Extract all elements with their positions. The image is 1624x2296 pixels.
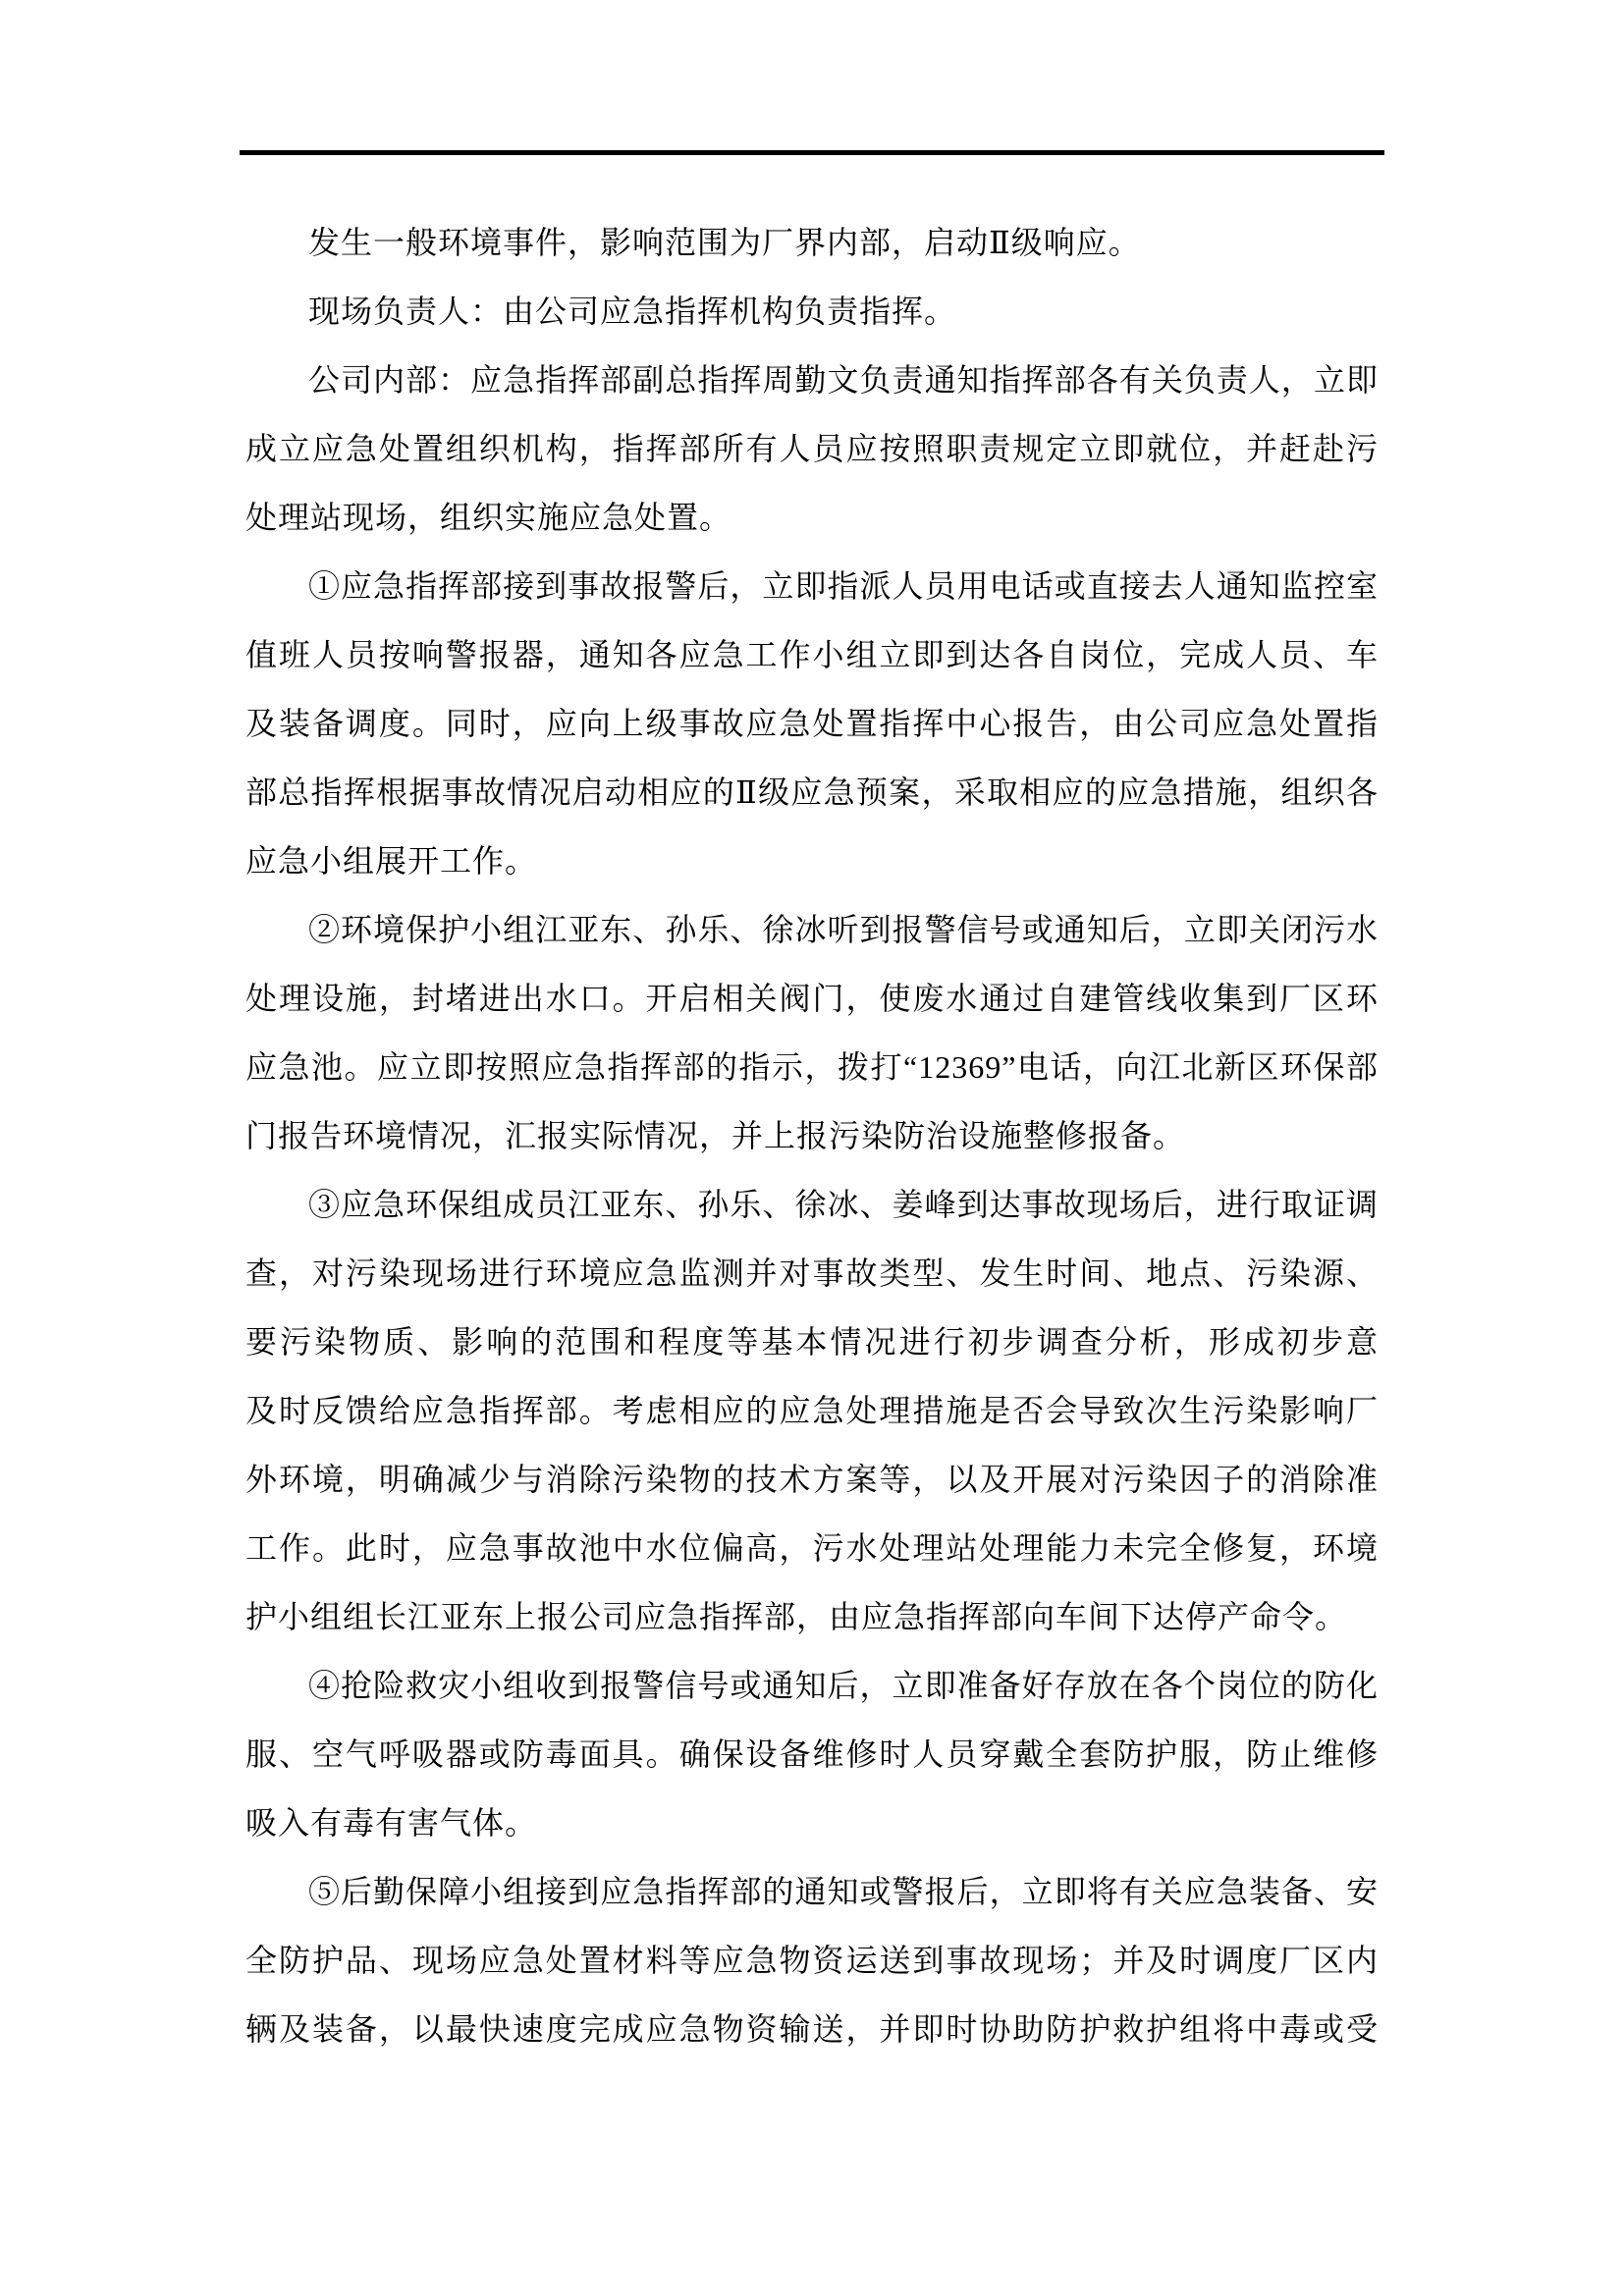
paragraph: 现场负责人：由公司应急指挥机构负责指挥。 xyxy=(245,277,1379,346)
text-line: 服、空气呼吸器或防毒面具。确保设备维修时人员穿戴全套防护服，防止维修时 xyxy=(245,1720,1379,1789)
paragraph: ②环境保护小组江亚东、孙乐、徐冰听到报警信号或通知后，立即关闭污水处理设施，封堵… xyxy=(245,895,1379,1170)
text-line: ②环境保护小组江亚东、孙乐、徐冰听到报警信号或通知后，立即关闭污水 xyxy=(245,895,1379,964)
text-line: 外环境，明确减少与消除污染物的技术方案等，以及开展对污染因子的消除准备 xyxy=(245,1445,1379,1514)
text-line: 处理站现场，组织实施应急处置。 xyxy=(245,483,1379,552)
text-line: ①应急指挥部接到事故报警后，立即指派人员用电话或直接去人通知监控室 xyxy=(245,552,1379,620)
text-line: 成立应急处置组织机构，指挥部所有人员应按照职责规定立即就位，并赶赴污水 xyxy=(245,414,1379,483)
text-line: 及装备调度。同时，应向上级事故应急处置指挥中心报告，由公司应急处置指挥 xyxy=(245,689,1379,758)
paragraph: ④抢险救灾小组收到报警信号或通知后，立即准备好存放在各个岗位的防化服、空气呼吸器… xyxy=(245,1651,1379,1857)
paragraph: 发生一般环境事件，影响范围为厂界内部，启动Ⅱ级响应。 xyxy=(245,208,1379,277)
text-line: 及时反馈给应急指挥部。考虑相应的应急处理措施是否会导致次生污染影响厂区 xyxy=(245,1376,1379,1445)
text-line: 发生一般环境事件，影响范围为厂界内部，启动Ⅱ级响应。 xyxy=(245,208,1379,277)
text-line: 值班人员按响警报器，通知各应急工作小组立即到达各自岗位，完成人员、车辆 xyxy=(245,620,1379,689)
text-line: 要污染物质、影响的范围和程度等基本情况进行初步调查分析，形成初步意见， xyxy=(245,1308,1379,1376)
text-line: ④抢险救灾小组收到报警信号或通知后，立即准备好存放在各个岗位的防化 xyxy=(245,1651,1379,1720)
text-line: 部总指挥根据事故情况启动相应的Ⅱ级应急预案，采取相应的应急措施，组织各 xyxy=(245,758,1379,827)
text-line: 处理设施，封堵进出水口。开启相关阀门，使废水通过自建管线收集到厂区环境 xyxy=(245,964,1379,1033)
header-rule xyxy=(240,150,1384,155)
text-line: 辆及装备，以最快速度完成应急物资输送，并即时协助防护救护组将中毒或受伤 xyxy=(245,1995,1379,2063)
paragraph: ③应急环保组成员江亚东、孙乐、徐冰、姜峰到达事故现场后，进行取证调查，对污染现场… xyxy=(245,1170,1379,1651)
text-line: ⑤后勤保障小组接到应急指挥部的通知或警报后，立即将有关应急装备、安 xyxy=(245,1857,1379,1926)
text-line: 公司内部：应急指挥部副总指挥周勤文负责通知指挥部各有关负责人，立即 xyxy=(245,346,1379,414)
document-body: 发生一般环境事件，影响范围为厂界内部，启动Ⅱ级响应。现场负责人：由公司应急指挥机… xyxy=(245,208,1379,2063)
text-line: 现场负责人：由公司应急指挥机构负责指挥。 xyxy=(245,277,1379,346)
text-line: 全防护品、现场应急处置材料等应急物资运送到事故现场；并及时调度厂区内车 xyxy=(245,1926,1379,1995)
text-line: 工作。此时，应急事故池中水位偏高，污水处理站处理能力未完全修复，环境保 xyxy=(245,1514,1379,1582)
text-line: 护小组组长江亚东上报公司应急指挥部，由应急指挥部向车间下达停产命令。 xyxy=(245,1582,1379,1651)
document-page: 发生一般环境事件，影响范围为厂界内部，启动Ⅱ级响应。现场负责人：由公司应急指挥机… xyxy=(0,0,1624,2296)
paragraph: ⑤后勤保障小组接到应急指挥部的通知或警报后，立即将有关应急装备、安全防护品、现场… xyxy=(245,1857,1379,2063)
text-line: 应急池。应立即按照应急指挥部的指示，拨打“12369”电话，向江北新区环保部 xyxy=(245,1033,1379,1101)
text-line: 查，对污染现场进行环境应急监测并对事故类型、发生时间、地点、污染源、主 xyxy=(245,1239,1379,1308)
text-line: ③应急环保组成员江亚东、孙乐、徐冰、姜峰到达事故现场后，进行取证调 xyxy=(245,1170,1379,1239)
text-line: 应急小组展开工作。 xyxy=(245,827,1379,895)
paragraph: 公司内部：应急指挥部副总指挥周勤文负责通知指挥部各有关负责人，立即成立应急处置组… xyxy=(245,346,1379,552)
text-line: 门报告环境情况，汇报实际情况，并上报污染防治设施整修报备。 xyxy=(245,1101,1379,1170)
text-line: 吸入有毒有害气体。 xyxy=(245,1789,1379,1857)
paragraph: ①应急指挥部接到事故报警后，立即指派人员用电话或直接去人通知监控室值班人员按响警… xyxy=(245,552,1379,895)
